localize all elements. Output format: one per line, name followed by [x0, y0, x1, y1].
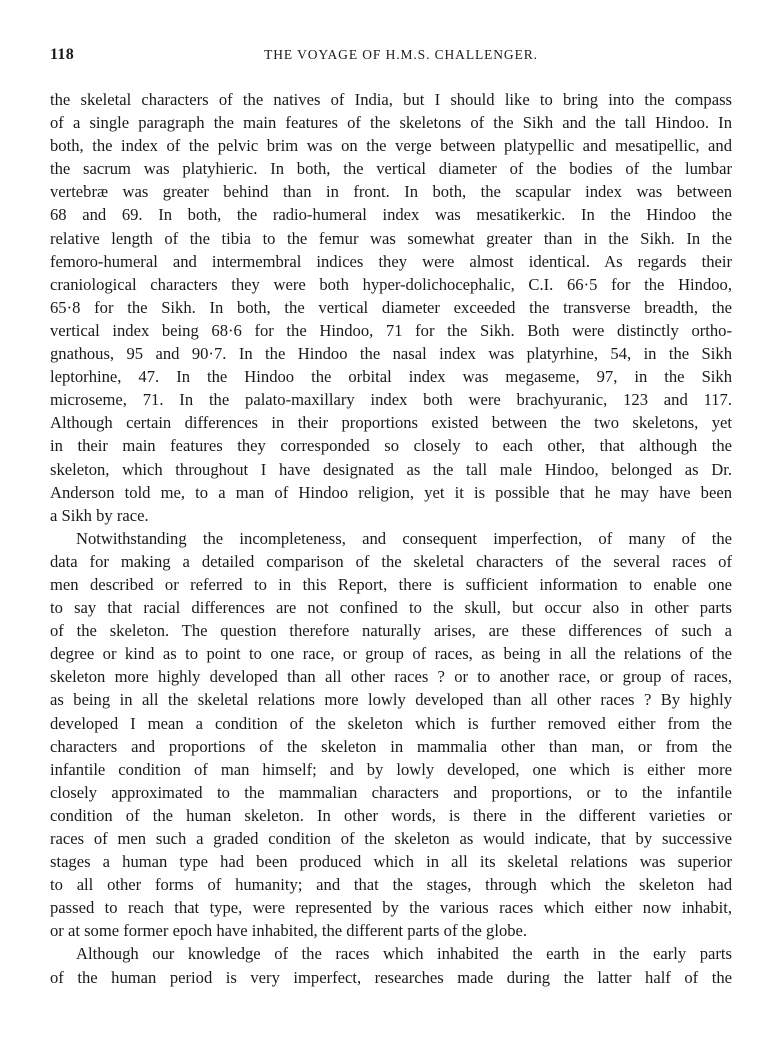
text-line: of the human period is very imperfect, r… — [50, 966, 732, 989]
running-head: 118 THE VOYAGE OF H.M.S. CHALLENGER. — [50, 44, 732, 66]
text-line: leptorhine, 47. In the Hindoo the orbita… — [50, 365, 732, 388]
body-text: the skeletal characters of the natives o… — [50, 88, 732, 989]
text-line: of a single paragraph the main features … — [50, 111, 732, 134]
text-line: craniological characters they were both … — [50, 273, 732, 296]
text-line: skeleton, which throughout I have design… — [50, 458, 732, 481]
text-line: Although our knowledge of the races whic… — [50, 942, 732, 965]
text-line: characters and proportions of the skelet… — [50, 735, 732, 758]
text-line: vertebræ was greater behind than in fron… — [50, 180, 732, 203]
text-line: stages a human type had been produced wh… — [50, 850, 732, 873]
text-line: data for making a detailed comparison of… — [50, 550, 732, 573]
text-line: as being in all the skeletal relations m… — [50, 688, 732, 711]
text-line: skeleton more highly developed than all … — [50, 665, 732, 688]
text-line: femoro-humeral and intermembral indices … — [50, 250, 732, 273]
paragraph-3: Although our knowledge of the races whic… — [50, 942, 732, 988]
running-title: THE VOYAGE OF H.M.S. CHALLENGER. — [50, 44, 732, 66]
text-line: men described or referred to in this Rep… — [50, 573, 732, 596]
text-line: in their main features they corresponded… — [50, 434, 732, 457]
text-line: to all other forms of humanity; and that… — [50, 873, 732, 896]
text-line: the sacrum was platyhieric. In both, the… — [50, 157, 732, 180]
text-line: vertical index being 68·6 for the Hindoo… — [50, 319, 732, 342]
text-line: gnathous, 95 and 90·7. In the Hindoo the… — [50, 342, 732, 365]
text-line: microseme, 71. In the palato-maxillary i… — [50, 388, 732, 411]
text-line: of the skeleton. The question therefore … — [50, 619, 732, 642]
text-line: or at some former epoch have inhabited, … — [50, 919, 732, 942]
text-line: the skeletal characters of the natives o… — [50, 88, 732, 111]
text-line: relative length of the tibia to the femu… — [50, 227, 732, 250]
text-line: degree or kind as to point to one race, … — [50, 642, 732, 665]
text-line: closely approximated to the mammalian ch… — [50, 781, 732, 804]
text-line: condition of the human skeleton. In othe… — [50, 804, 732, 827]
text-line: 68 and 69. In both, the radio-humeral in… — [50, 203, 732, 226]
paragraph-1: the skeletal characters of the natives o… — [50, 88, 732, 527]
text-line: Notwithstanding the incompleteness, and … — [50, 527, 732, 550]
text-line: both, the index of the pelvic brim was o… — [50, 134, 732, 157]
text-line: Anderson told me, to a man of Hindoo rel… — [50, 481, 732, 504]
text-line: passed to reach that type, were represen… — [50, 896, 732, 919]
text-line: infantile condition of man himself; and … — [50, 758, 732, 781]
text-line: a Sikh by race. — [50, 504, 732, 527]
text-line: to say that racial differences are not c… — [50, 596, 732, 619]
text-line: races of men such a graded condition of … — [50, 827, 732, 850]
text-line: 65·8 for the Sikh. In both, the vertical… — [50, 296, 732, 319]
paragraph-2: Notwithstanding the incompleteness, and … — [50, 527, 732, 943]
text-line: Although certain differences in their pr… — [50, 411, 732, 434]
text-line: developed I mean a condition of the skel… — [50, 712, 732, 735]
